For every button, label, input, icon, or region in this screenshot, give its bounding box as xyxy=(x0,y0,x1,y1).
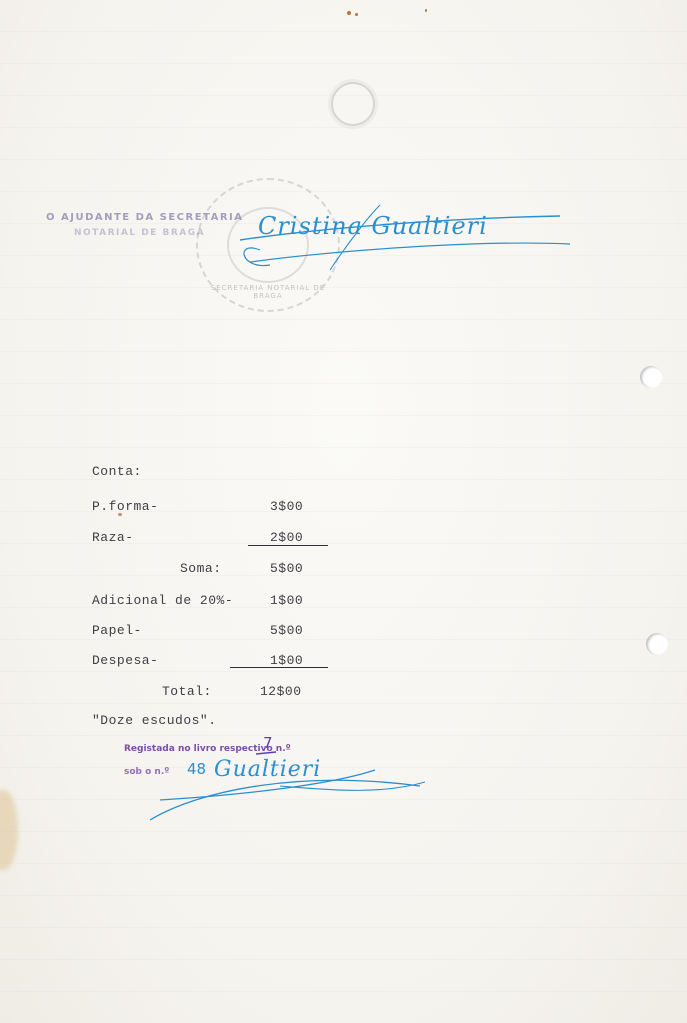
row-label-adicional: Adicional de 20%- xyxy=(92,593,233,608)
total-rule xyxy=(230,667,328,668)
row-label-pforma: P.forma- xyxy=(92,499,158,514)
row-amount-soma: 5$00 xyxy=(270,561,303,576)
subtotal-rule xyxy=(248,545,328,546)
row-amount-papel: 5$00 xyxy=(270,623,303,638)
row-amount-despesa: 1$00 xyxy=(270,653,303,668)
document-page: SECRETARIA NOTARIAL DE BRAGA O AJUDANTE … xyxy=(0,0,687,1023)
row-amount-adicional: 1$00 xyxy=(270,593,303,608)
registration-book-number: 7 xyxy=(263,734,273,752)
registration-entry-number: 48 xyxy=(187,760,206,778)
total-label: Total: xyxy=(162,684,212,699)
row-label-despesa: Despesa- xyxy=(92,653,158,668)
total-amount: 12$00 xyxy=(260,684,302,699)
row-amount-raza: 2$00 xyxy=(270,530,303,545)
row-label-soma: Soma: xyxy=(180,561,222,576)
row-label-raza: Raza- xyxy=(92,530,134,545)
row-label-papel: Papel- xyxy=(92,623,142,638)
signature-bottom: Gualtieri xyxy=(214,757,321,782)
row-amount-pforma: 3$00 xyxy=(270,499,303,514)
account-heading: Conta: xyxy=(92,464,142,479)
registration-stamp-line2: sob o n.º xyxy=(124,767,169,777)
amount-in-words: "Doze escudos". xyxy=(92,713,217,728)
